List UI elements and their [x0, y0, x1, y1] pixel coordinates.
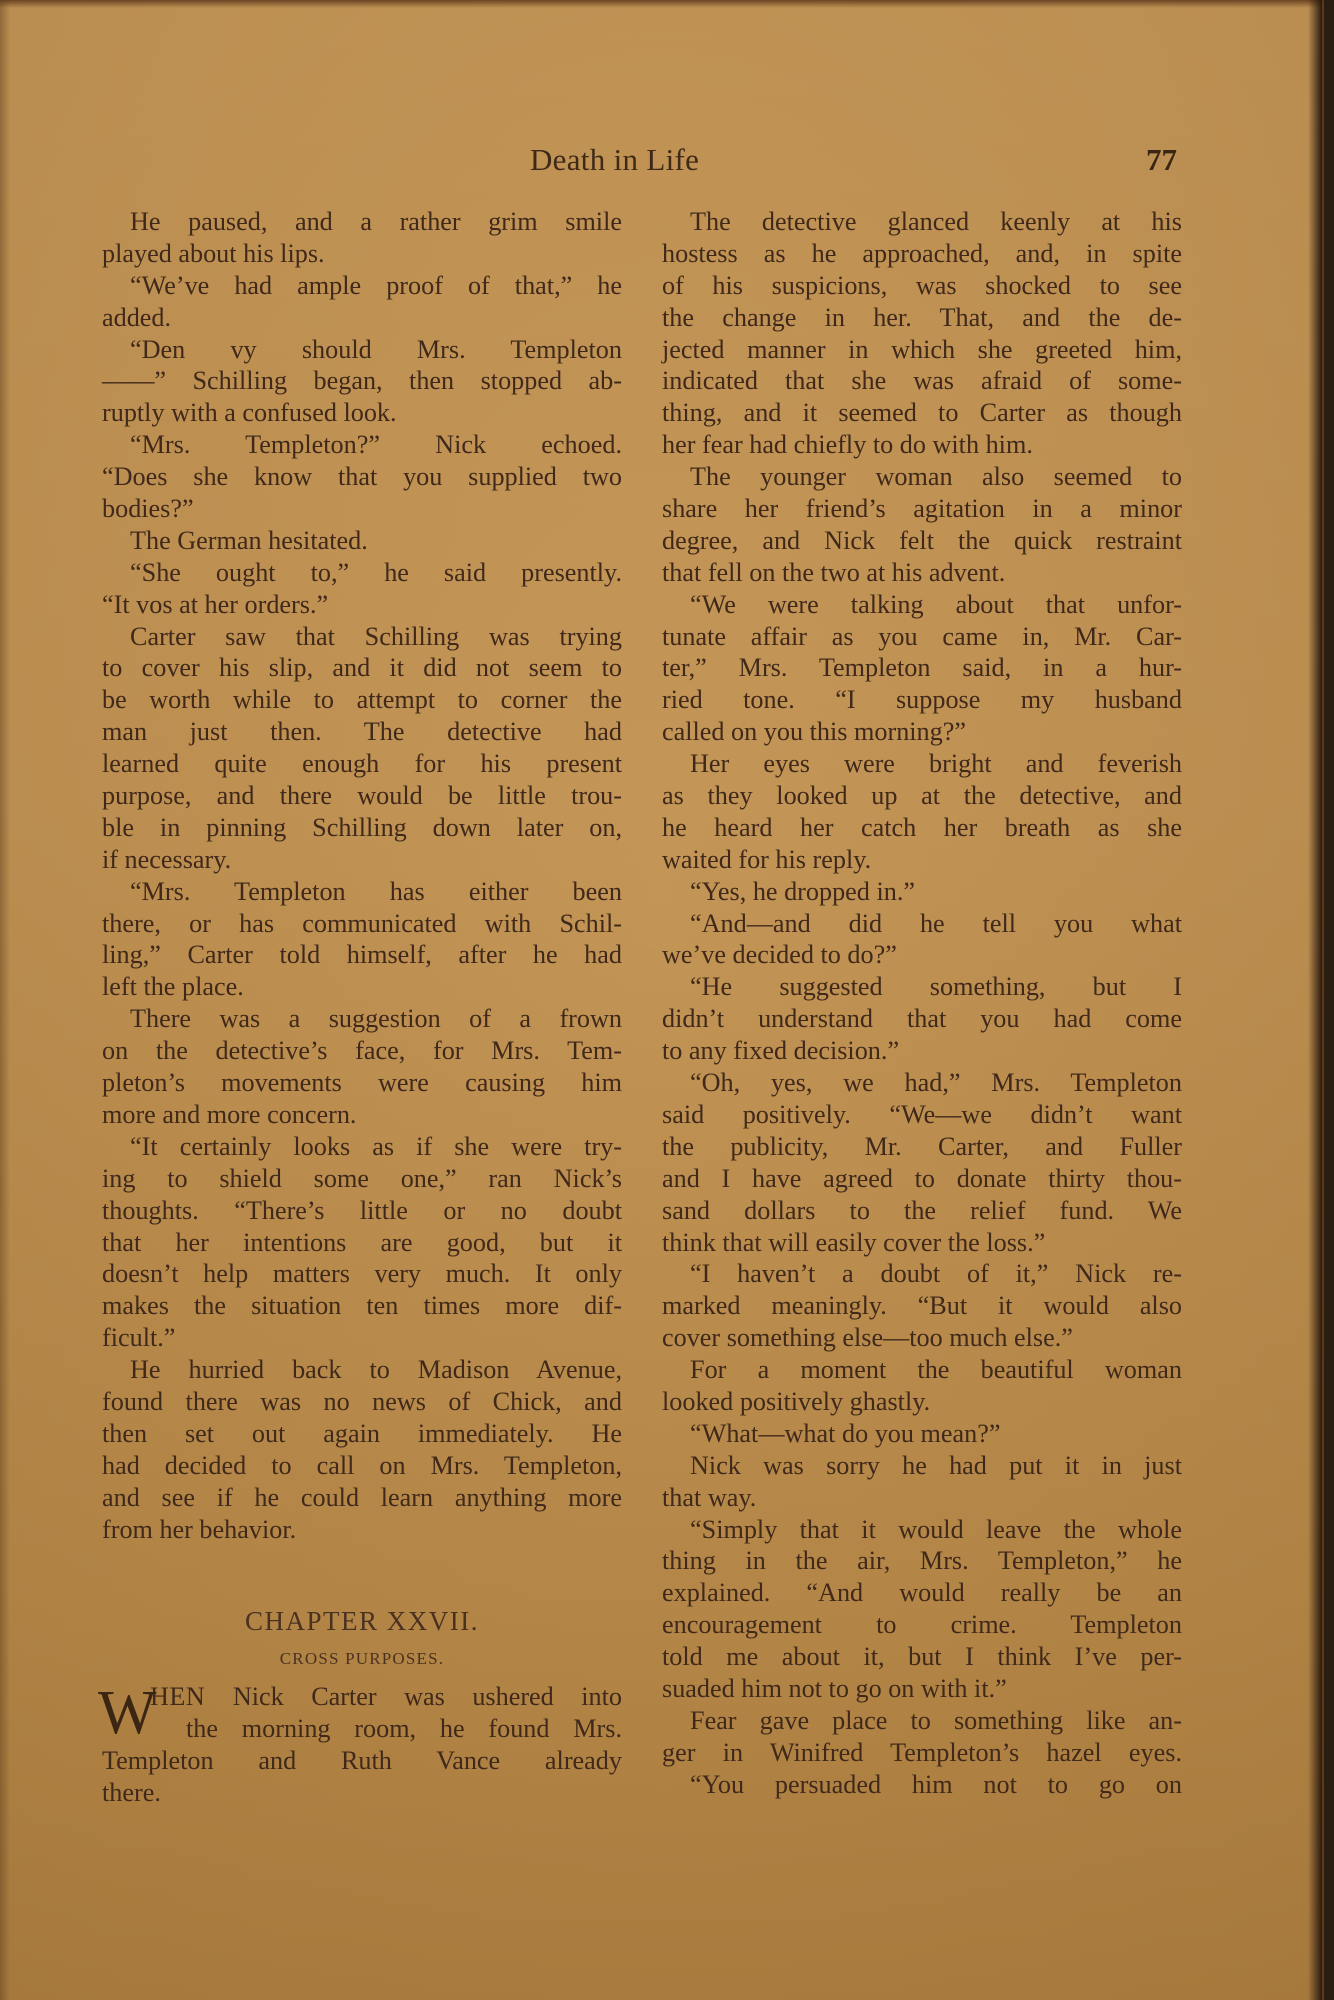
text-line: purpose, and there would be little trou- — [102, 780, 622, 812]
text-line: from her behavior. — [102, 1514, 622, 1546]
text-line: ruptly with a confused look. — [102, 397, 622, 429]
chapter-title: CHAPTER XXVII. — [102, 1601, 622, 1641]
page-right-shadow — [1308, 0, 1322, 2000]
text-line: to any fixed decision.” — [662, 1035, 1182, 1067]
chapter-text: the morning room, he found Mrs.Templeton… — [102, 1713, 622, 1809]
text-line: then set out again immediately. He — [102, 1418, 622, 1450]
text-line: “It certainly looks as if she were try- — [102, 1131, 622, 1163]
text-line: The detective glanced keenly at his — [662, 206, 1182, 238]
text-line: looked positively ghastly. — [662, 1386, 1182, 1418]
text-line: Carter saw that Schilling was trying — [102, 621, 622, 653]
text-line: “And—and did he tell you what — [662, 908, 1182, 940]
text-line: added. — [102, 302, 622, 334]
text-line: encouragement to crime. Templeton — [662, 1609, 1182, 1641]
text-line: that fell on the two at his advent. — [662, 557, 1182, 589]
text-line: “I haven’t a doubt of it,” Nick re- — [662, 1258, 1182, 1290]
text-line: “Mrs. Templeton has either been — [102, 876, 622, 908]
text-line: more and more concern. — [102, 1099, 622, 1131]
text-line: to cover his slip, and it did not seem t… — [102, 652, 622, 684]
text-line: that way. — [662, 1482, 1182, 1514]
text-line: He hurried back to Madison Avenue, — [102, 1354, 622, 1386]
text-line: “What—what do you mean?” — [662, 1418, 1182, 1450]
text-line: “Does she know that you supplied two — [102, 461, 622, 493]
right-column-text: The detective glanced keenly at hishoste… — [662, 206, 1182, 1801]
text-line: man just then. The detective had — [102, 716, 622, 748]
text-line: had decided to call on Mrs. Templeton, — [102, 1450, 622, 1482]
first-line-rest: Nick Carter was ushered into — [205, 1682, 622, 1711]
text-line: suaded him not to go on with it.” — [662, 1673, 1182, 1705]
page-number: 77 — [1146, 142, 1177, 178]
text-line: jected manner in which she greeted him, — [662, 334, 1182, 366]
book-page: Death in Life 77 He paused, and a rather… — [0, 0, 1324, 2000]
text-line: makes the situation ten times more dif- — [102, 1290, 622, 1322]
text-line: told me about it, but I think I’ve per- — [662, 1641, 1182, 1673]
text-line: Fear gave place to something like an- — [662, 1705, 1182, 1737]
text-line: didn’t understand that you had come — [662, 1003, 1182, 1035]
text-line: think that will easily cover the loss.” — [662, 1227, 1182, 1259]
text-line: be worth while to attempt to corner the — [102, 684, 622, 716]
text-line: “Simply that it would leave the whole — [662, 1514, 1182, 1546]
page-top-edge — [0, 0, 1322, 8]
page-binding-edge — [0, 0, 10, 2000]
left-column-text: He paused, and a rather grim smileplayed… — [102, 206, 622, 1545]
text-line: Nick was sorry he had put it in just — [662, 1450, 1182, 1482]
running-head: Death in Life — [530, 142, 699, 178]
text-line: on the detective’s face, for Mrs. Tem- — [102, 1035, 622, 1067]
text-line: and see if he could learn anything more — [102, 1482, 622, 1514]
text-line: The German hesitated. — [102, 525, 622, 557]
text-line: For a moment the beautiful woman — [662, 1354, 1182, 1386]
text-line: sand dollars to the relief fund. We — [662, 1195, 1182, 1227]
text-line: “We were talking about that unfor- — [662, 589, 1182, 621]
text-line: her fear had chiefly to do with him. — [662, 429, 1182, 461]
text-line: marked meaningly. “But it would also — [662, 1290, 1182, 1322]
drop-cap: W — [98, 1685, 157, 1741]
text-line: “Oh, yes, we had,” Mrs. Templeton — [662, 1067, 1182, 1099]
text-line: thing in the air, Mrs. Templeton,” he — [662, 1545, 1182, 1577]
text-line: thing, and it seemed to Carter as though — [662, 397, 1182, 429]
text-line: hostess as he approached, and, in spite — [662, 238, 1182, 270]
text-line: doesn’t help matters very much. It only — [102, 1258, 622, 1290]
text-line: left the place. — [102, 971, 622, 1003]
text-line: that her intentions are good, but it — [102, 1227, 622, 1259]
text-line: ble in pinning Schilling down later on, — [102, 812, 622, 844]
text-line: ter,” Mrs. Templeton said, in a hur- — [662, 652, 1182, 684]
text-line: and I have agreed to donate thirty thou- — [662, 1163, 1182, 1195]
text-line: if necessary. — [102, 844, 622, 876]
text-line: we’ve decided to do?” — [662, 939, 1182, 971]
text-line: “We’ve had ample proof of that,” he — [102, 270, 622, 302]
text-line: indicated that she was afraid of some- — [662, 365, 1182, 397]
text-line: as they looked up at the detective, and — [662, 780, 1182, 812]
text-line: said positively. “We—we didn’t want — [662, 1099, 1182, 1131]
text-line: He paused, and a rather grim smile — [102, 206, 622, 238]
text-line: ger in Winifred Templeton’s hazel eyes. — [662, 1737, 1182, 1769]
text-line: Templeton and Ruth Vance already — [102, 1745, 622, 1777]
text-line: bodies?” — [102, 493, 622, 525]
text-line: “You persuaded him not to go on — [662, 1769, 1182, 1801]
text-line: share her friend’s agitation in a minor — [662, 493, 1182, 525]
chapter-first-line: HEN Nick Carter was ushered into — [102, 1681, 622, 1713]
text-line: there. — [102, 1777, 622, 1809]
text-line: thoughts. “There’s little or no doubt — [102, 1195, 622, 1227]
text-line: “Den vy should Mrs. Templeton — [102, 334, 622, 366]
text-line: of his suspicions, was shocked to see — [662, 270, 1182, 302]
text-line: the publicity, Mr. Carter, and Fuller — [662, 1131, 1182, 1163]
text-line: degree, and Nick felt the quick restrain… — [662, 525, 1182, 557]
text-line: pleton’s movements were causing him — [102, 1067, 622, 1099]
right-column: The detective glanced keenly at hishoste… — [662, 206, 1182, 1801]
text-line: “Mrs. Templeton?” Nick echoed. — [102, 429, 622, 461]
text-line: ——” Schilling began, then stopped ab- — [102, 365, 622, 397]
text-line: The younger woman also seemed to — [662, 461, 1182, 493]
text-line: “It vos at her orders.” — [102, 589, 622, 621]
text-line: “Yes, he dropped in.” — [662, 876, 1182, 908]
text-line: tunate affair as you came in, Mr. Car- — [662, 621, 1182, 653]
text-line: ling,” Carter told himself, after he had — [102, 939, 622, 971]
text-line: ficult.” — [102, 1322, 622, 1354]
text-line: the morning room, he found Mrs. — [102, 1713, 622, 1745]
text-line: There was a suggestion of a frown — [102, 1003, 622, 1035]
text-line: “He suggested something, but I — [662, 971, 1182, 1003]
text-line: called on you this morning?” — [662, 716, 1182, 748]
text-line: ried tone. “I suppose my husband — [662, 684, 1182, 716]
text-line: he heard her catch her breath as she — [662, 812, 1182, 844]
left-column: He paused, and a rather grim smileplayed… — [102, 206, 622, 1809]
text-line: found there was no news of Chick, and — [102, 1386, 622, 1418]
text-line: played about his lips. — [102, 238, 622, 270]
text-line: “She ought to,” he said presently. — [102, 557, 622, 589]
text-line: waited for his reply. — [662, 844, 1182, 876]
text-line: there, or has communicated with Schil- — [102, 908, 622, 940]
chapter-opening: W HEN Nick Carter was ushered into the m… — [102, 1681, 622, 1809]
text-line: Her eyes were bright and feverish — [662, 748, 1182, 780]
chapter-subtitle: CROSS PURPOSES. — [102, 1641, 622, 1681]
text-line: ing to shield some one,” ran Nick’s — [102, 1163, 622, 1195]
first-line-caps: HEN — [150, 1682, 205, 1711]
text-line: cover something else—too much else.” — [662, 1322, 1182, 1354]
text-line: the change in her. That, and the de- — [662, 302, 1182, 334]
text-line: explained. “And would really be an — [662, 1577, 1182, 1609]
text-line: learned quite enough for his present — [102, 748, 622, 780]
